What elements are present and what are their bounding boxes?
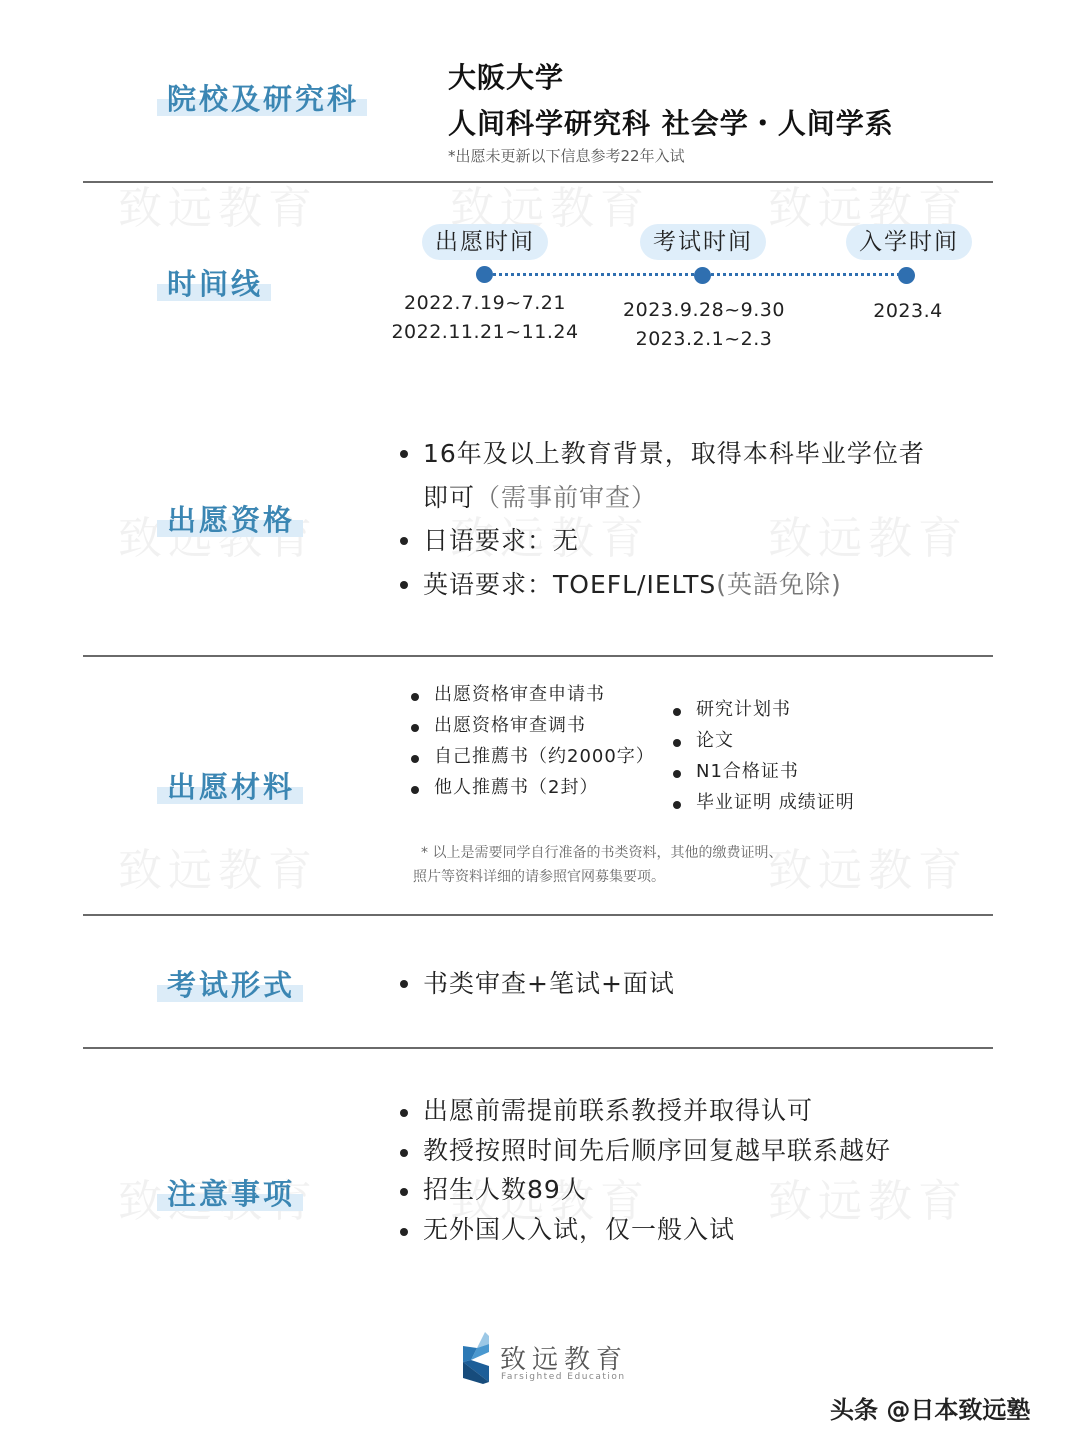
timeline-dot	[476, 266, 493, 283]
platform-watermark: 头条 @日本致远塾	[830, 1390, 1030, 1425]
info-note: *出愿未更新以下信息参考22年入试	[448, 145, 685, 166]
timeline-dates-enrollment: 2023.4	[858, 297, 958, 326]
list-item: 研究计划书	[670, 694, 855, 725]
section-label-eligibility: 出愿资格	[157, 503, 303, 537]
date-line: 2023.4	[858, 297, 958, 326]
logo-name: 致远教育	[500, 1339, 628, 1376]
list-item: 论文	[670, 725, 855, 756]
exam-list: 书类审查+笔试+面试	[397, 962, 675, 1006]
timeline-dates-application: 2022.7.19~7.21 2022.11.21~11.24	[385, 289, 585, 347]
materials-list-left: 出愿资格审查申请书 出愿资格审查调书 自己推薦书（约2000字） 他人推薦书（2…	[408, 679, 655, 803]
section-label-timeline: 时间线	[157, 267, 271, 301]
date-line: 2022.7.19~7.21	[385, 289, 585, 318]
timeline-dot	[898, 267, 915, 284]
materials-footnote: * 以上是需要同学自行准备的书类资料，其他的缴费证明、 照片等资料详细的请参照官…	[413, 841, 782, 889]
list-item: 日语要求：无	[397, 519, 937, 563]
timeline-connector	[704, 273, 906, 276]
section-divider	[83, 181, 993, 183]
date-line: 2023.2.1~2.3	[604, 325, 804, 354]
list-item: N1合格证书	[670, 756, 855, 787]
timeline-connector	[486, 273, 702, 276]
timeline-pill-exam: 考试时间	[640, 224, 766, 260]
logo-icon	[463, 1332, 489, 1384]
section-divider	[83, 914, 993, 916]
date-line: 2022.11.21~11.24	[385, 318, 585, 347]
list-item: 教授按照时间先后顺序回复越早联系越好	[397, 1131, 891, 1171]
list-item: 16年及以上教育背景，取得本科毕业学位者即可（需事前审查）	[397, 432, 937, 519]
list-item: 书类审查+笔试+面试	[397, 962, 675, 1006]
timeline-pill-application: 出愿时间	[422, 224, 548, 260]
section-label-exam: 考试形式	[157, 968, 303, 1002]
notes-list: 出愿前需提前联系教授并取得认可 教授按照时间先后顺序回复越早联系越好 招生人数8…	[397, 1091, 891, 1249]
date-line: 2023.9.28~9.30	[604, 296, 804, 325]
list-item: 出愿资格审查申请书	[408, 679, 655, 710]
section-divider	[83, 1047, 993, 1049]
section-label-school: 院校及研究科	[157, 82, 367, 116]
watermark-text: 致远教育	[118, 834, 318, 898]
list-item: 他人推薦书（2封）	[408, 772, 655, 803]
list-item: 出愿资格审查调书	[408, 710, 655, 741]
timeline-pill-enrollment: 入学时间	[846, 224, 972, 260]
timeline-dates-exam: 2023.9.28~9.30 2023.2.1~2.3	[604, 296, 804, 354]
logo-subtitle: Farsighted Education	[501, 1372, 626, 1382]
section-label-notes: 注意事项	[157, 1177, 303, 1211]
materials-list-right: 研究计划书 论文 N1合格证书 毕业证明 成绩证明	[670, 694, 855, 818]
section-divider	[83, 655, 993, 657]
department-name: 人间科学研究科 社会学・人间学系	[448, 102, 894, 142]
list-item: 招生人数89人	[397, 1170, 891, 1210]
list-item: 出愿前需提前联系教授并取得认可	[397, 1091, 891, 1131]
eligibility-list: 16年及以上教育背景，取得本科毕业学位者即可（需事前审查） 日语要求：无 英语要…	[397, 432, 937, 606]
watermark-text: 致远教育	[768, 834, 968, 898]
list-item: 英语要求：TOEFL/IELTS(英語免除)	[397, 563, 937, 607]
university-name: 大阪大学	[448, 56, 564, 96]
timeline-dot	[694, 267, 711, 284]
list-item: 无外国人入试，仅一般入试	[397, 1210, 891, 1250]
list-item: 自己推薦书（约2000字）	[408, 741, 655, 772]
list-item: 毕业证明 成绩证明	[670, 787, 855, 818]
section-label-materials: 出愿材料	[157, 770, 303, 804]
